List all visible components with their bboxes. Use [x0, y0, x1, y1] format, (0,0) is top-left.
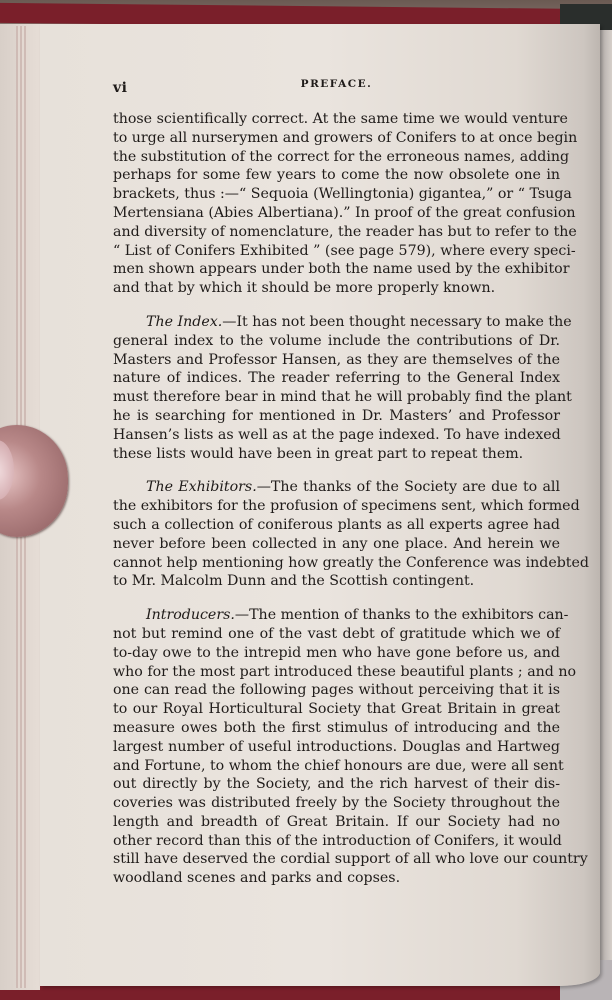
text-line-rest: —It has not been thought necessary to ma…	[222, 314, 571, 330]
text-line: coveries was distributed freely by the S…	[113, 794, 560, 813]
text-line: Masters and Professor Hansen, as they ar…	[113, 351, 560, 370]
paragraph-introducers: Introducers.—The mention of thanks to th…	[113, 606, 560, 888]
text-line: the substitution of the correct for the …	[113, 148, 560, 167]
text-line: to Mr. Malcolm Dunn and the Scottish con…	[113, 572, 560, 591]
text-line: measure owes both the first stimulus of …	[113, 719, 560, 738]
text-line: Hansen’s lists as well as at the page in…	[113, 426, 560, 445]
section-lead-introducers: Introducers.	[146, 607, 235, 623]
text-line: out directly by the Society, and the ric…	[113, 775, 560, 794]
text-line: The Exhibitors.—The thanks of the Societ…	[113, 478, 560, 497]
text-line: “ List of Conifers Exhibited ” (see page…	[113, 242, 560, 261]
text-line: cannot help mentioning how greatly the C…	[113, 554, 560, 573]
text-line-rest: —The mention of thanks to the exhibitors…	[235, 607, 569, 623]
text-line: must therefore bear in mind that he will…	[113, 388, 560, 407]
text-line: general index to the volume include the …	[113, 332, 560, 351]
page-stack-edge	[598, 30, 612, 960]
text-line: one can read the following pages without…	[113, 681, 560, 700]
text-line: to urge all nurserymen and growers of Co…	[113, 129, 560, 148]
text-line: woodland scenes and parks and copses.	[113, 869, 560, 888]
text-line: these lists would have been in great par…	[113, 445, 560, 464]
text-line: to our Royal Horticultural Society that …	[113, 700, 560, 719]
paragraph-continuation: those scientifically correct. At the sam…	[113, 110, 560, 298]
book-cover-bottom	[0, 985, 560, 1000]
text-line: still have deserved the cordial support …	[113, 850, 560, 869]
text-line: who for the most part introduced these b…	[113, 663, 560, 682]
text-line: nature of indices. The reader referring …	[113, 369, 560, 388]
text-line: not but remind one of the vast debt of g…	[113, 625, 560, 644]
text-line: such a collection of coniferous plants a…	[113, 516, 560, 535]
text-line: largest number of useful introductions. …	[113, 738, 560, 757]
page-content: vi PREFACE. those scientifically correct…	[113, 78, 560, 903]
section-lead-the-index: The Index.	[146, 314, 222, 330]
running-head-title: PREFACE.	[113, 78, 560, 90]
text-line: length and breadth of Great Britain. If …	[113, 813, 560, 832]
text-line: those scientifically correct. At the sam…	[113, 110, 560, 129]
text-line: and Fortune, to whom the chief honours a…	[113, 757, 560, 776]
text-line: men shown appears under both the name us…	[113, 260, 560, 279]
text-line: and diversity of nomenclature, the reade…	[113, 223, 560, 242]
section-lead-the-exhibitors: The Exhibitors.	[146, 479, 257, 495]
text-line: perhaps for some few years to come the n…	[113, 166, 560, 185]
text-line: other record than this of the introducti…	[113, 832, 560, 851]
running-head: vi PREFACE.	[113, 78, 560, 100]
text-line: to-day owe to the intrepid men who have …	[113, 644, 560, 663]
text-line: he is searching for mentioned in Dr. Mas…	[113, 407, 560, 426]
text-line-rest: —The thanks of the Society are due to al…	[257, 479, 560, 495]
text-line: Introducers.—The mention of thanks to th…	[113, 606, 560, 625]
text-line: The Index.—It has not been thought neces…	[113, 313, 560, 332]
text-line: brackets, thus :—“ Sequoia (Wellingtonia…	[113, 185, 560, 204]
paragraph-the-exhibitors: The Exhibitors.—The thanks of the Societ…	[113, 478, 560, 591]
text-line: never before been collected in any one p…	[113, 535, 560, 554]
text-line: Mertensiana (Abies Albertiana).” In proo…	[113, 204, 560, 223]
paragraph-the-index: The Index.—It has not been thought neces…	[113, 313, 560, 463]
text-line: the exhibitors for the profusion of spec…	[113, 497, 560, 516]
text-line: and that by which it should be more prop…	[113, 279, 560, 298]
